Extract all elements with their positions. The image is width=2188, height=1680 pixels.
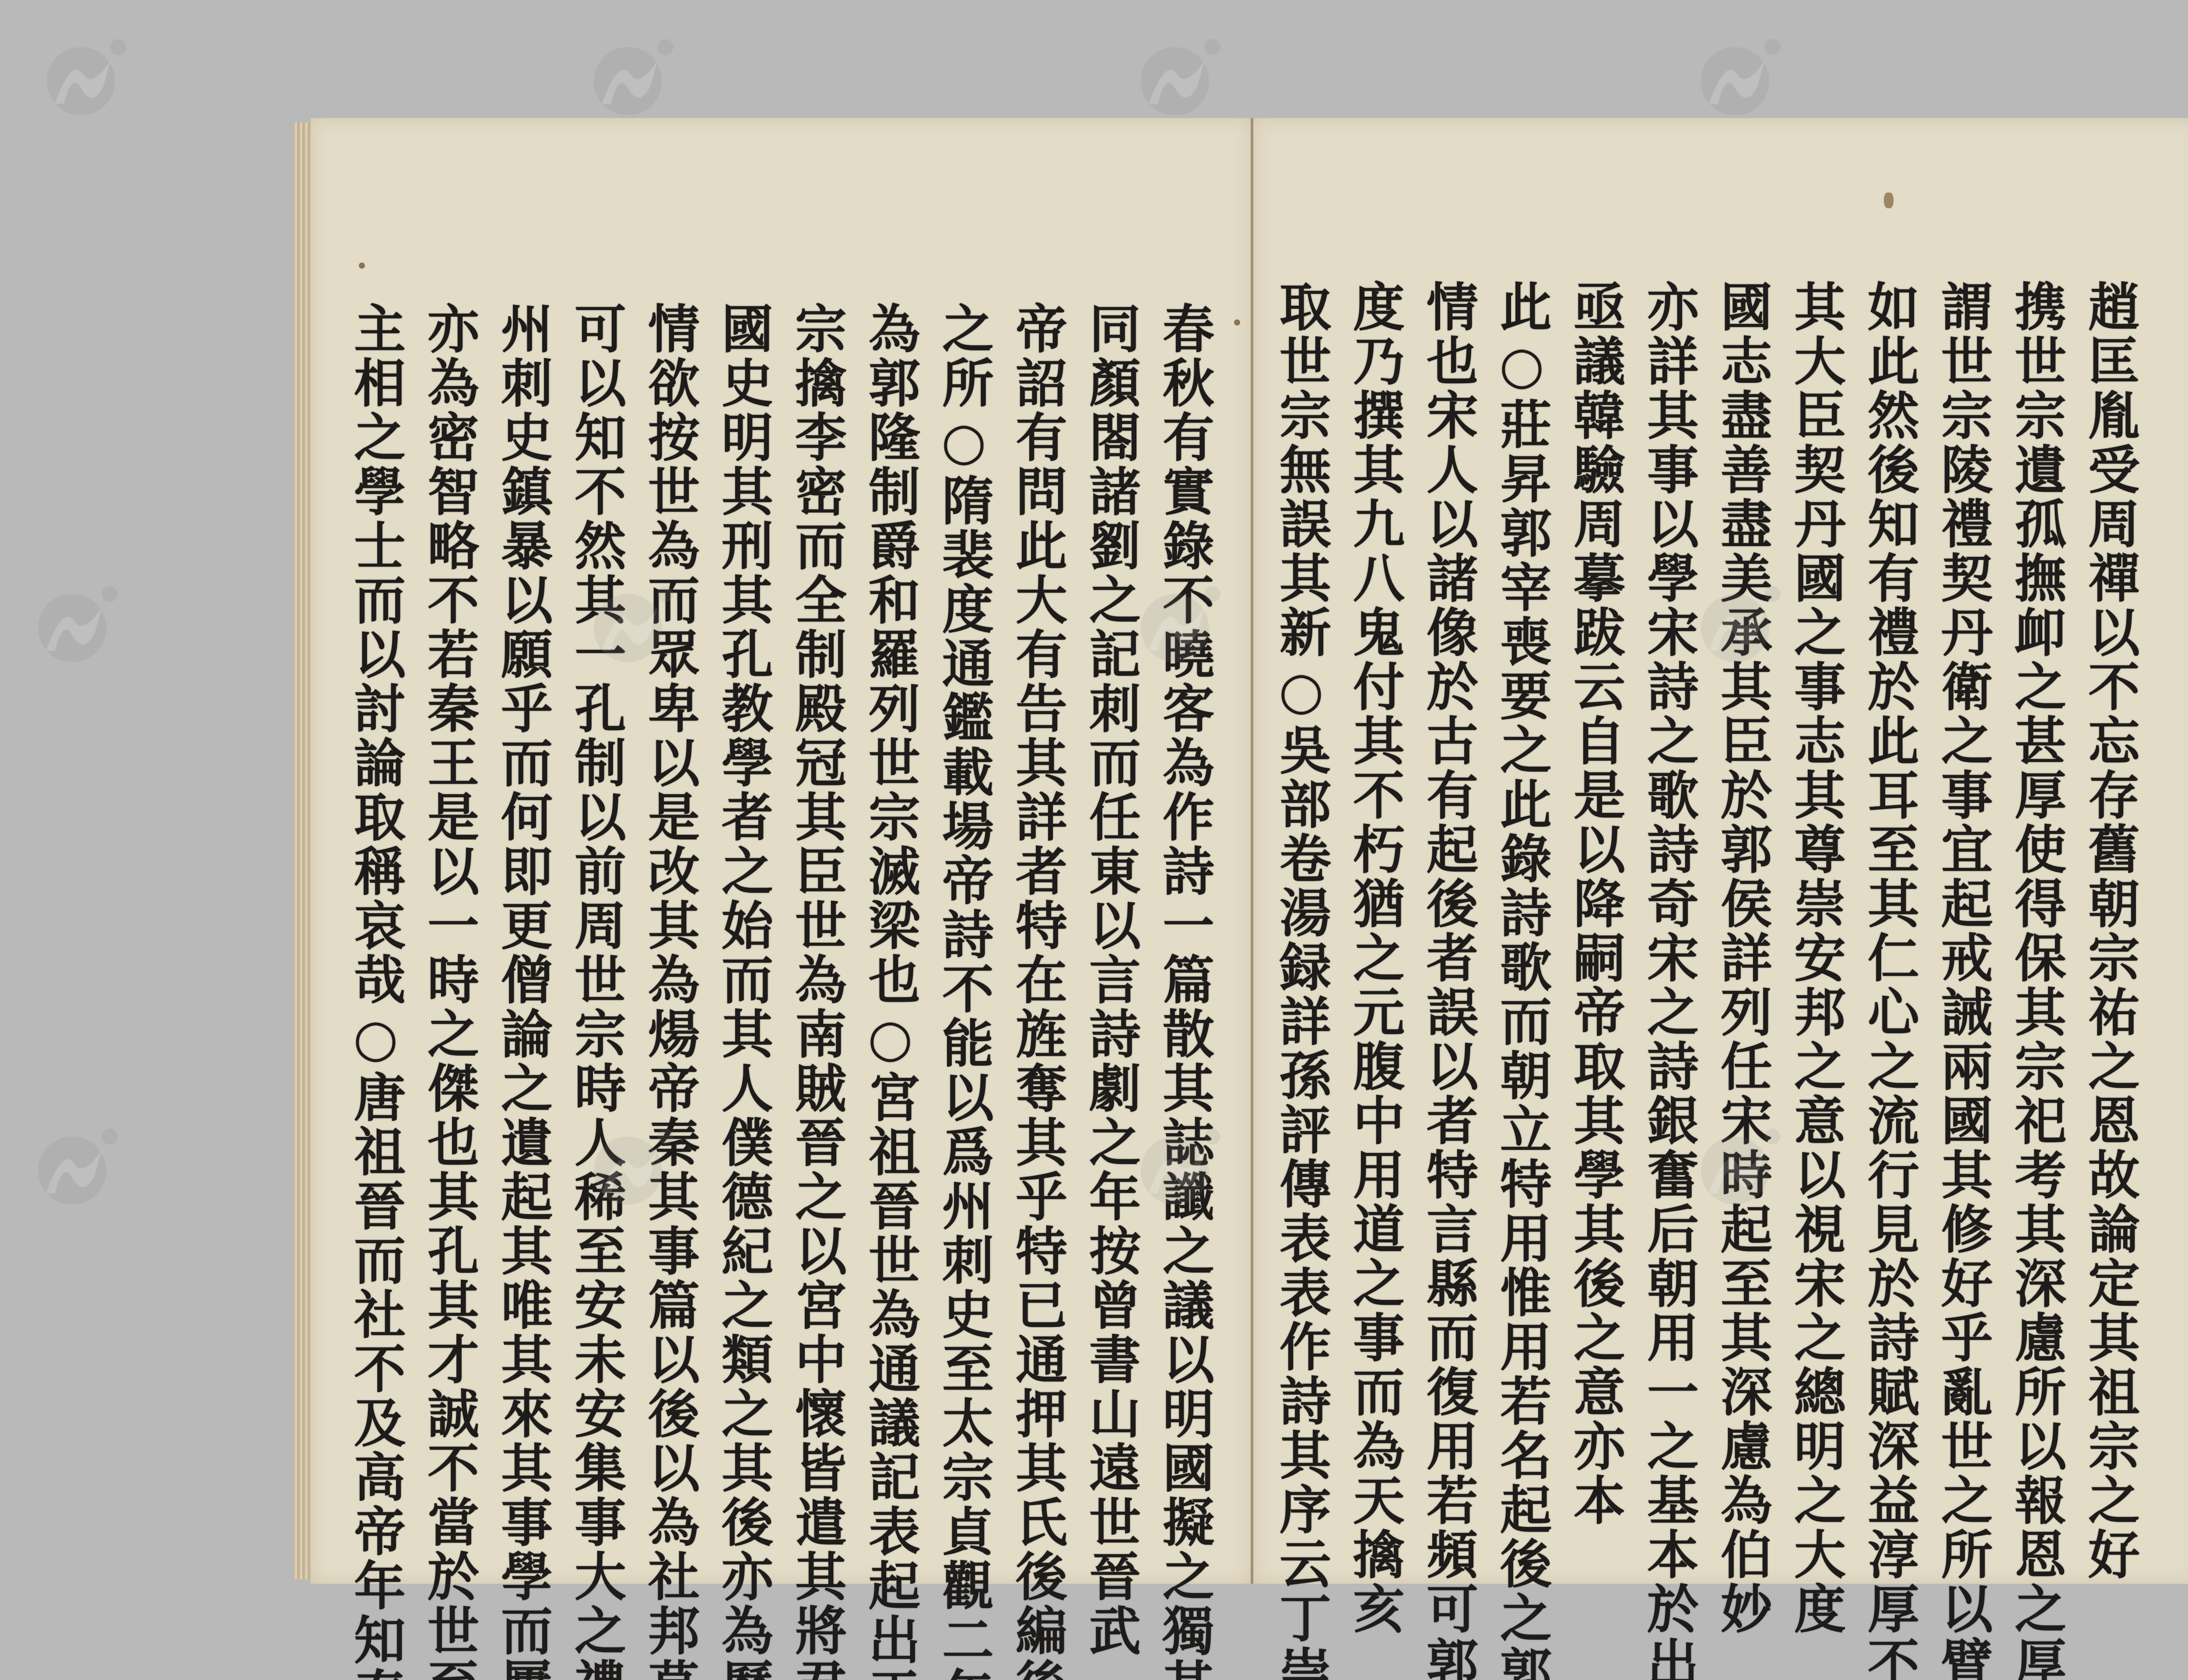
watermark-logo [1120, 17, 1234, 131]
watermark-logo [18, 564, 131, 678]
text-column: 此○莊昇郭宰喪要之此錄詩歌而朝立特用惟用若名起後之郭拂 [1485, 280, 1558, 1549]
binding-hole [359, 262, 365, 269]
text-column: 情欲按世為而眾卑以是改其為煬帝秦其事篇以後以為社邦莫日 [633, 302, 706, 1536]
text-column: 同顏閤諸劉之記刺而任東以言詩劇之年按曾書山遠世晉武 [1074, 302, 1147, 1536]
watermark-logo [573, 17, 687, 131]
text-column: 情也宋人以諸像於古有起後者誤以者特言縣而復用若頻可郭起 [1411, 280, 1485, 1549]
right-page: 趙匡胤受周禪以不忘存舊朝宗祐之恩故論定其祖宗之好 携世宗遺孤撫卹之甚厚使得保其宗… [1254, 118, 2188, 1584]
text-column: 取世宗無誤其新○吳部卷湯録詳孫評傳表表作詩其序云丁崇 [1264, 280, 1338, 1549]
text-column: 其大臣契丹國之事志其尊崇安邦之意以視宋之總明之大度 [1779, 280, 1852, 1549]
text-column: 度乃撰其九八鬼付其不朽猶之元腹中用道之事而為天擒亥 [1338, 280, 1411, 1549]
text-column: 趙匡胤受周禪以不忘存舊朝宗祐之恩故論定其祖宗之好 [2073, 280, 2146, 1549]
open-book: 春秋有實錄不曉客為作詩一篇散其誌讖之議以明國擬之獨其 同顏閤諸劉之記刺而任東以言… [293, 118, 2188, 1584]
text-column: 謂世宗陵禮契丹衛之事宜起戒誡兩國其修好乎亂世之所以臂擁 [1926, 280, 1999, 1549]
text-column: 宗擒李密而全制殿冠其臣世為南賊晉之以宮中懷皆遣其將君鎬 [780, 302, 853, 1536]
nishogakusha-logo-icon [1120, 17, 1234, 131]
nishogakusha-logo-icon [26, 17, 140, 131]
watermark-logo [18, 1107, 131, 1221]
nishogakusha-logo-icon [18, 1107, 131, 1221]
text-column: 帝詔有問此大有告其詳者特在旌奪其乎特已通押其氏後編後 [1000, 302, 1074, 1536]
watermark-logo [1680, 17, 1794, 131]
text-column: 可以知不然其一孔制以前周世宗時人稀至安未安集事大之禮其後學文 [559, 302, 633, 1536]
text-column: 主相之學士而以討論取稱哀哉○唐祖晉而社不及高帝年知秦王 [339, 302, 412, 1536]
text-column: 國志盡善盡美承其臣於郭侯詳列任宋時起至其深慮為伯妙 [1705, 280, 1779, 1549]
text-column: 州刺史鎮暴以願乎而何即更僧論之遺起其唯其來其事學而屢亦 [486, 302, 559, 1536]
nishogakusha-logo-icon [1680, 17, 1794, 131]
binding-hole [1234, 319, 1240, 325]
nishogakusha-logo-icon [18, 564, 131, 678]
text-column: 春秋有實錄不曉客為作詩一篇散其誌讖之議以明國擬之獨其 [1147, 302, 1221, 1536]
text-column: 亦詳其事以學宋詩之歌詩奇宋之詩銀奮后朝用一之基本於出觸御不解所出 [1632, 280, 1705, 1549]
text-column: 亦為密智略不若秦王是以一時之傑也其孔其才誠不當於世至其事激 [412, 302, 486, 1536]
text-column: 之所○隋裴度通鑑載場帝詩不能以爲州刺史至太宗貞觀二年始以 [927, 302, 1000, 1536]
text-column: 如此然後知有禮於此耳至其仁心之流行見於詩賦深益淳厚不減五代 [1852, 280, 1926, 1549]
watermark-logo [26, 17, 140, 131]
left-page-text: 春秋有實錄不曉客為作詩一篇散其誌讖之議以明國擬之獨其 同顏閤諸劉之記刺而任東以言… [363, 302, 1221, 1536]
text-column: 亟議韓驗周摹跋云自是以降嗣帝取其學其後之意亦本 [1558, 280, 1632, 1549]
text-column: 國史明其刑其孔教學者之始而其人僕德紀之類之其後亦為歷 [706, 302, 780, 1536]
book-spine [1251, 118, 1253, 1584]
left-page: 春秋有實錄不曉客為作詩一篇散其誌讖之議以明國擬之獨其 同顏閤諸劉之記刺而任東以言… [311, 118, 1252, 1584]
right-page-text: 趙匡胤受周禪以不忘存舊朝宗祐之恩故論定其祖宗之好 携世宗遺孤撫卹之甚厚使得保其宗… [1315, 280, 2146, 1549]
nishogakusha-logo-icon [573, 17, 687, 131]
text-column: 為郭隆制爵和羅列世宗滅梁也○宮祖晉世為通議記表起出王大 [853, 302, 927, 1536]
binding-hole [1884, 192, 1893, 208]
text-column: 携世宗遺孤撫卹之甚厚使得保其宗祀考其深慮所以報恩之厚無人 [1999, 280, 2073, 1549]
